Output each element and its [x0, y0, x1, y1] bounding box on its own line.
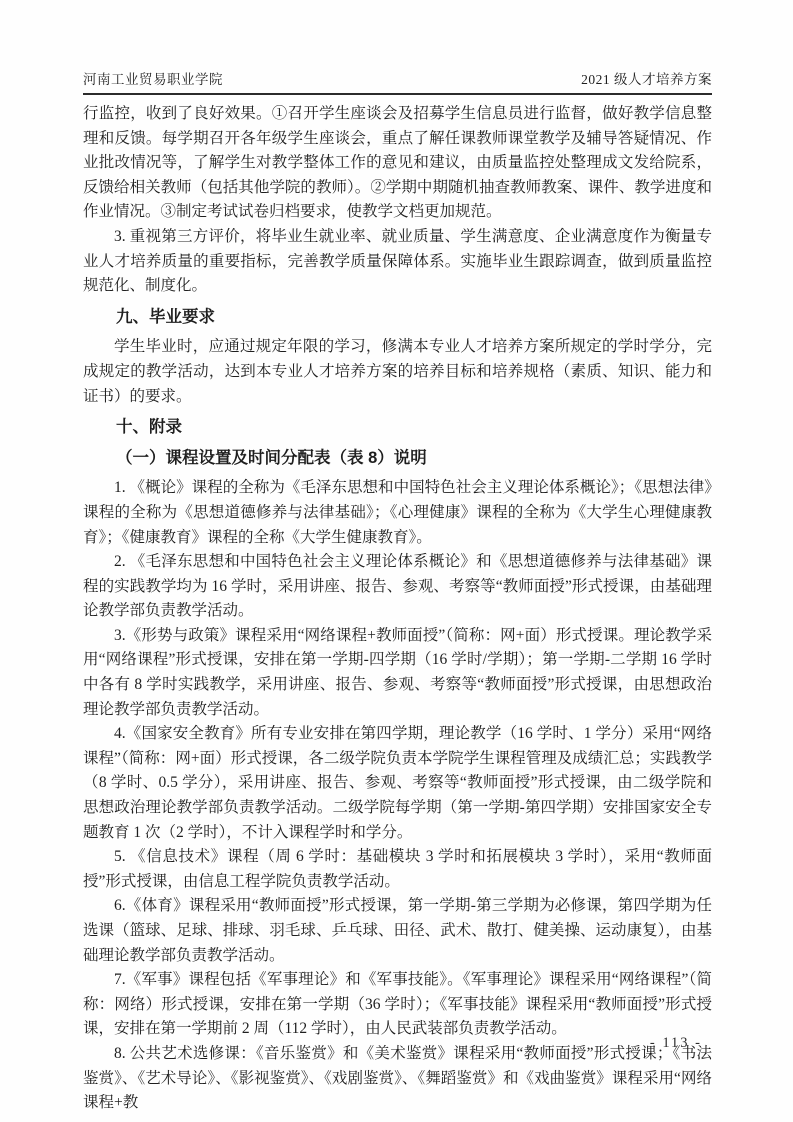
document-body: 行监控，收到了良好效果。①召开学生座谈会及招募学生信息员进行监督，做好教学信息整…	[83, 102, 712, 1116]
header-school-name: 河南工业贸易职业学院	[83, 71, 223, 88]
document-page: 河南工业贸易职业学院 2021 级人才培养方案 行监控，收到了良好效果。①召开学…	[0, 0, 793, 1122]
paragraph-graduation-requirements: 学生毕业时，应通过规定年限的学习，修满本专业人才培养方案所规定的学时学分，完成规…	[83, 335, 712, 409]
list-item-4-national-security-education: 4.《国家安全教育》所有专业安排在第四学期，理论教学（16 学时、1 学分）采用…	[83, 722, 712, 845]
list-item-1-course-full-names: 1. 《概论》课程的全称为《毛泽东思想和中国特色社会主义理论体系概论》；《思想法…	[83, 476, 712, 550]
list-item-3-situation-and-policy: 3.《形势与政策》课程采用“网络课程+教师面授”（简称：网+面）形式授课。理论教…	[83, 624, 712, 722]
subsection-heading-table8-notes: （一）课程设置及时间分配表（表 8）说明	[83, 446, 712, 471]
header-doc-title: 2021 级人才培养方案	[581, 71, 712, 88]
paragraph-third-party-evaluation: 3. 重视第三方评价，将毕业生就业率、就业质量、学生满意度、企业满意度作为衡量专…	[83, 225, 712, 299]
list-item-5-information-technology: 5. 《信息技术》课程（周 6 学时：基础模块 3 学时和拓展模块 3 学时），…	[83, 845, 712, 894]
page-header: 河南工业贸易职业学院 2021 级人才培养方案	[83, 71, 712, 95]
section-heading-appendix: 十、附录	[83, 415, 712, 440]
list-item-2-practice-teaching: 2. 《毛泽东思想和中国特色社会主义理论体系概论》和《思想道德修养与法律基础》课…	[83, 550, 712, 624]
page-number: - 113 -	[650, 1034, 702, 1052]
list-item-7-military-course: 7.《军事》课程包括《军事理论》和《军事技能》。《军事理论》课程采用“网络课程”…	[83, 968, 712, 1042]
list-item-8-public-art-electives: 8. 公共艺术选修课：《音乐鉴赏》和《美术鉴赏》课程采用“教师面授”形式授课；《…	[83, 1042, 712, 1116]
list-item-6-physical-education: 6.《体育》课程采用“教师面授”形式授课，第一学期-第三学期为必修课，第四学期为…	[83, 894, 712, 968]
paragraph-quality-monitoring-continued: 行监控，收到了良好效果。①召开学生座谈会及招募学生信息员进行监督，做好教学信息整…	[83, 102, 712, 225]
section-heading-graduation-requirements: 九、毕业要求	[83, 305, 712, 330]
